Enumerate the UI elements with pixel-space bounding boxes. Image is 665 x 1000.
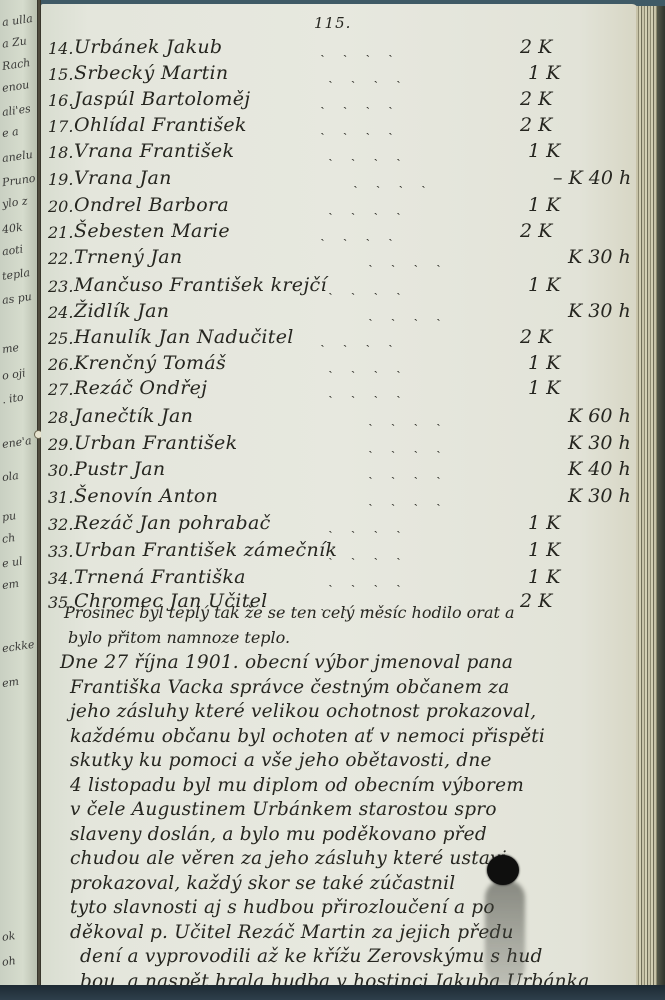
donation-amount: 1 K — [528, 194, 560, 216]
donation-amount: 1 K — [528, 352, 560, 374]
previous-page-text-fragment: ali'es — [1, 102, 31, 119]
donation-amount: 1 K — [528, 140, 560, 162]
paragraph-line: 4 listopadu byl mu diplom od obecním výb… — [70, 775, 630, 796]
donor-name: Jaspúl Bartoloměj — [74, 88, 250, 110]
donor-name: Krenčný Tomáš — [74, 352, 226, 374]
leader-dots: ˎˎˎˎ — [368, 438, 459, 455]
previous-page-text-fragment: ylo z — [1, 194, 28, 210]
previous-page-text-fragment: Pruno — [1, 172, 36, 190]
donor-name: Šenovín Anton — [74, 485, 218, 507]
ledger-entry-row: 19.Vrana Janˎˎˎˎ– K 40 h — [48, 167, 623, 193]
leader-dots: ˎˎˎˎ — [368, 411, 459, 428]
donor-name: Trnená Františka — [74, 566, 246, 588]
paragraph-line: chudou ale věren za jeho zásluhy které u… — [70, 848, 630, 869]
entry-number: 20. — [48, 197, 72, 216]
donor-name: Ohlídal František — [74, 114, 247, 136]
ledger-entry-row: 18.Vrana Františekˎˎˎˎ1 K — [48, 140, 623, 166]
previous-page-text-fragment: enou — [1, 78, 30, 95]
donation-amount: K 30 h — [568, 300, 631, 322]
previous-page-text-fragment: e a — [1, 125, 19, 140]
donation-amount: K 30 h — [568, 246, 631, 268]
previous-page-text-fragment: ene'a — [1, 434, 32, 451]
donor-name: Rezáč Jan pohrabač — [74, 512, 271, 534]
weather-note-line: bylo přitom namnoze teplo. — [68, 628, 638, 647]
entry-number: 27. — [48, 380, 72, 399]
previous-page-text-fragment: aoti — [1, 243, 24, 259]
previous-page-text-fragment: em — [1, 577, 20, 592]
entry-number: 16. — [48, 91, 72, 110]
donation-amount: 2 K — [520, 114, 552, 136]
ledger-entry-row: 14.Urbánek Jakubˎˎˎˎ2 K — [48, 36, 623, 62]
previous-page-text-fragment: a Zu — [1, 34, 27, 50]
page-number: 115. — [314, 14, 351, 32]
entry-number: 30. — [48, 461, 72, 480]
entry-number: 18. — [48, 143, 72, 162]
leader-dots: ˎˎˎˎ — [368, 491, 459, 508]
ink-blot — [487, 855, 519, 885]
donation-amount: 2 K — [520, 220, 552, 242]
paragraph-line: Dne 27 října 1901. obecní výbor jmenoval… — [60, 652, 620, 673]
ledger-entry-row: 33.Urban František zámečníkˎˎˎˎ1 K — [48, 539, 623, 565]
donor-name: Hanulík Jan Nadučitel — [74, 326, 294, 348]
leader-dots: ˎˎˎˎ — [320, 94, 411, 111]
scanned-ledger-image: a ullaa ZuRachenouali'ese aaneluPrunoylo… — [0, 0, 665, 1000]
ledger-entry-row: 31.Šenovín AntonˎˎˎˎK 30 h — [48, 485, 623, 511]
entry-number: 32. — [48, 515, 72, 534]
paragraph-line: slaveny doslán, a bylo mu poděkovano pře… — [70, 824, 630, 845]
leader-dots: ˎˎˎˎ — [320, 226, 411, 243]
previous-page-text-fragment: e ul — [1, 555, 23, 571]
entry-number: 14. — [48, 39, 72, 58]
ledger-entry-row: 23.Mančuso František krejčíˎˎˎˎ1 K — [48, 274, 623, 300]
entry-number: 17. — [48, 117, 72, 136]
ledger-entry-row: 32.Rezáč Jan pohrabačˎˎˎˎ1 K — [48, 512, 623, 538]
donor-name: Trnený Jan — [74, 246, 182, 268]
entry-number: 21. — [48, 223, 72, 242]
entry-number: 33. — [48, 542, 72, 561]
paragraph-line: dení a vyprovodili až ke křížu Zerovským… — [80, 946, 640, 967]
donor-name: Šebesten Marie — [74, 220, 230, 242]
previous-page-text-fragment: eckke — [1, 638, 35, 655]
paragraph-line: jeho zásluhy které velikou ochotnost pro… — [70, 701, 630, 722]
ledger-entry-row: 30.Pustr JanˎˎˎˎK 40 h — [48, 458, 623, 484]
previous-page-text-fragment: ola — [1, 469, 19, 484]
entry-number: 28. — [48, 408, 72, 427]
paragraph-line: prokazoval, každý skor se také zúčastnil — [70, 873, 630, 894]
donor-name: Vrana František — [74, 140, 234, 162]
entry-number: 31. — [48, 488, 72, 507]
donor-name: Urban František — [74, 432, 237, 454]
previous-page-text-fragment: Rach — [1, 56, 31, 73]
ledger-entry-row: 22.Trnený JanˎˎˎˎK 30 h — [48, 246, 623, 272]
donation-amount: K 40 h — [568, 458, 631, 480]
donor-name: Urban František zámečník — [74, 539, 337, 561]
leader-dots: ˎˎˎˎ — [368, 306, 459, 323]
donor-name: Urbánek Jakub — [74, 36, 222, 58]
donation-amount: 1 K — [528, 539, 560, 561]
previous-page-text-fragment: oh — [1, 954, 16, 969]
entry-number: 34. — [48, 569, 72, 588]
donation-amount: 1 K — [528, 566, 560, 588]
entry-number: 24. — [48, 303, 72, 322]
previous-page-text-fragment: ch — [1, 531, 16, 546]
leader-dots: ˎˎˎˎ — [320, 120, 411, 137]
entry-number: 22. — [48, 249, 72, 268]
donor-name: Rezáč Ondřej — [74, 377, 207, 399]
ledger-entry-row: 34.Trnená Františkaˎˎˎˎ1 K — [48, 566, 623, 592]
leader-dots: ˎˎˎˎ — [368, 252, 459, 269]
book-cover-edge — [657, 6, 665, 991]
ledger-entry-row: 20.Ondrel Barboraˎˎˎˎ1 K — [48, 194, 623, 220]
donation-amount: 1 K — [528, 512, 560, 534]
previous-page-text-fragment: pu — [1, 509, 17, 524]
donor-name: Ondrel Barbora — [74, 194, 229, 216]
donation-amount: 2 K — [520, 88, 552, 110]
donor-name: Židlík Jan — [74, 300, 169, 322]
previous-page-text-fragment: em — [1, 675, 20, 690]
donor-name: Pustr Jan — [74, 458, 165, 480]
entry-number: 25. — [48, 329, 72, 348]
paragraph-line: v čele Augustinem Urbánkem starostou spr… — [70, 799, 630, 820]
leader-dots: ˎˎˎˎ — [320, 332, 411, 349]
leader-dots: ˎˎˎˎ — [368, 464, 459, 481]
leader-dots: ˎˎˎˎ — [328, 358, 419, 375]
donation-amount: – K 40 h — [553, 167, 631, 189]
scan-bottom-shadow — [0, 985, 665, 1000]
paragraph-line: tyto slavnosti aj s hudbou přirozloučení… — [70, 897, 630, 918]
leader-dots: ˎˎˎˎ — [328, 545, 419, 562]
donation-amount: K 60 h — [568, 405, 631, 427]
previous-page-text-fragment: a ulla — [1, 12, 33, 29]
paragraph-line: každému občanu byl ochoten ať v nemoci p… — [70, 726, 630, 747]
weather-note-line: Prosinec byl teplý tak že se ten celý mě… — [64, 603, 634, 622]
previous-page-text-fragment: anelu — [1, 148, 33, 165]
previous-page-text-fragment: me — [1, 341, 20, 356]
leader-dots: ˎˎˎˎ — [320, 42, 411, 59]
donation-amount: 1 K — [528, 377, 560, 399]
ledger-entry-row: 29.Urban FrantišekˎˎˎˎK 30 h — [48, 432, 623, 458]
ledger-entry-row: 28.Janečtík JanˎˎˎˎK 60 h — [48, 405, 623, 431]
entry-number: 19. — [48, 170, 72, 189]
paragraph-line: skutky ku pomoci a vše jeho obětavosti, … — [70, 750, 630, 771]
donation-amount: K 30 h — [568, 485, 631, 507]
previous-page-text-fragment: 40k — [1, 221, 23, 237]
ledger-entry-row: 27.Rezáč Ondřejˎˎˎˎ1 K — [48, 377, 623, 403]
donation-amount: K 30 h — [568, 432, 631, 454]
donation-amount: 1 K — [528, 62, 560, 84]
donor-name: Mančuso František krejčí — [74, 274, 327, 296]
leader-dots: ˎˎˎˎ — [328, 383, 419, 400]
leader-dots: ˎˎˎˎ — [328, 68, 419, 85]
donation-amount: 1 K — [528, 274, 560, 296]
ledger-entry-row: 17.Ohlídal Františekˎˎˎˎ2 K — [48, 114, 623, 140]
donation-amount: 2 K — [520, 326, 552, 348]
previous-page-text-fragment: tepla — [1, 266, 31, 283]
entry-number: 29. — [48, 435, 72, 454]
leader-dots: ˎˎˎˎ — [328, 572, 419, 589]
ink-smear — [485, 880, 525, 985]
ledger-entry-row: 15.Srbecký Martinˎˎˎˎ1 K — [48, 62, 623, 88]
leader-dots: ˎˎˎˎ — [353, 173, 444, 190]
previous-page-text-fragment: ok — [1, 929, 16, 944]
paragraph-line: Františka Vacka správce čestným občanem … — [70, 677, 630, 698]
donor-name: Srbecký Martin — [74, 62, 228, 84]
previous-page-text-fragment: o oji — [1, 366, 26, 382]
ledger-entry-row: 26.Krenčný Tomášˎˎˎˎ1 K — [48, 352, 623, 378]
donor-name: Janečtík Jan — [74, 405, 193, 427]
leader-dots: ˎˎˎˎ — [328, 200, 419, 217]
entry-number: 15. — [48, 65, 72, 84]
leader-dots: ˎˎˎˎ — [328, 518, 419, 535]
ledger-entry-row: 16.Jaspúl Bartolomějˎˎˎˎ2 K — [48, 88, 623, 114]
entry-number: 26. — [48, 355, 72, 374]
entry-number: 23. — [48, 277, 72, 296]
previous-page-text-fragment: . ito — [1, 391, 24, 407]
ledger-entry-row: 25.Hanulík Jan Nadučitelˎˎˎˎ2 K — [48, 326, 623, 352]
ledger-entry-row: 21.Šebesten Marieˎˎˎˎ2 K — [48, 220, 623, 246]
leader-dots: ˎˎˎˎ — [328, 280, 419, 297]
donor-name: Vrana Jan — [74, 167, 172, 189]
previous-page-edge: a ullaa ZuRachenouali'ese aaneluPrunoylo… — [0, 0, 38, 985]
donation-amount: 2 K — [520, 36, 552, 58]
ledger-entry-row: 24.Židlík JanˎˎˎˎK 30 h — [48, 300, 623, 326]
paragraph-line: děkoval p. Učitel Rezáč Martin za jejich… — [70, 922, 630, 943]
leader-dots: ˎˎˎˎ — [328, 146, 419, 163]
previous-page-text-fragment: as pu — [1, 290, 32, 307]
page-stack-edge — [636, 6, 665, 991]
